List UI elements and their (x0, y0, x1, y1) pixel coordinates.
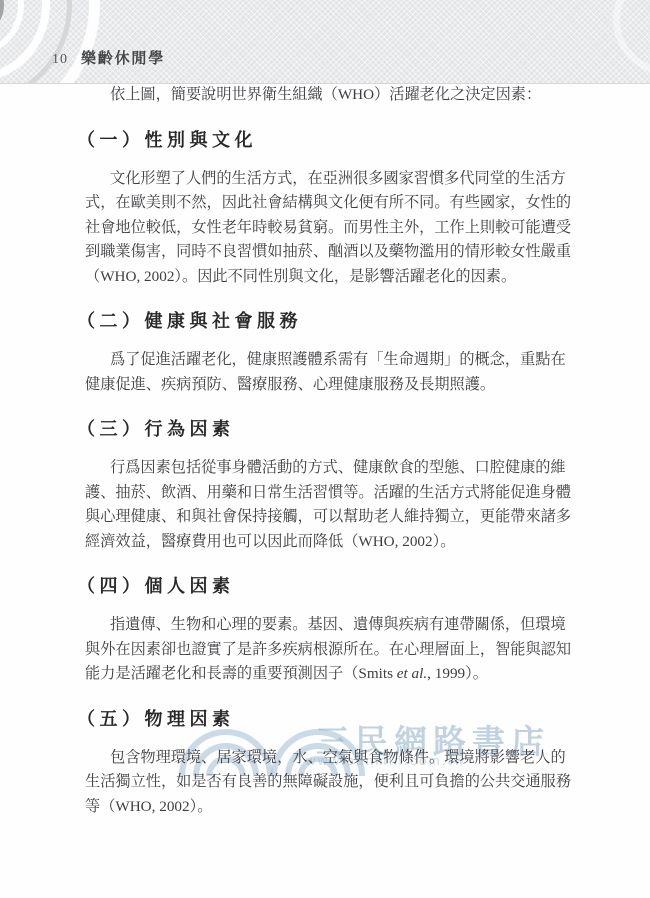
text-line: 能力是活躍老化和長壽的重要預測因子（Smits et al., 1999）。 (85, 662, 573, 687)
text-line: 與心理健康、和與社會保持接觸，可以幫助老人維持獨立，更能帶來諸多 (85, 505, 573, 530)
page-content: 依上圖，簡要說明世界衛生組織（WHO）活躍老化之決定因素： （一）性別與文化文化… (85, 83, 573, 819)
paragraph: 文化形塑了人們的生活方式，在亞洲很多國家習慣多代同堂的生活方式，在歐美則不然，因… (85, 167, 573, 290)
text-line: 健康促進、疾病預防、醫療服務、心理健康服務及長期照護。 (85, 373, 573, 398)
section-heading: （一）性別與文化 (77, 127, 573, 153)
text-line: 等（WHO, 2002）。 (85, 795, 573, 820)
paragraph: 指遺傳、生物和心理的要素。基因、遺傳與疾病有連帶關係，但環境與外在因素卻也證實了… (85, 613, 573, 687)
text-line: 到職業傷害，同時不良習慣如抽菸、酗酒以及藥物濫用的情形較女性嚴重 (85, 240, 573, 265)
section: （二）健康與社會服務爲了促進活躍老化，健康照護體系需有「生命週期」的概念，重點在… (85, 308, 573, 397)
scanned-book-page: 10樂齡休閒學 三民網路書店 www.sanmin.com.tw 依上圖，簡要說… (0, 0, 650, 898)
text-line: 生活獨立性，如是否有良善的無障礙設施，便利且可負擔的公共交通服務 (85, 770, 573, 795)
book-title: 樂齡休閒學 (81, 50, 165, 67)
section: （五）物理因素包含物理環境、居家環境，水、空氣與食物條件。環境將影響老人的生活獨… (85, 706, 573, 820)
paragraph: 包含物理環境、居家環境，水、空氣與食物條件。環境將影響老人的生活獨立性，如是否有… (85, 746, 573, 820)
text-line: 與外在因素卻也證實了是許多疾病根源所在。在心理層面上，智能與認知 (85, 638, 573, 663)
paragraph: 行爲因素包括從事身體活動的方式、健康飲食的型態、口腔健康的維護、抽菸、飲酒、用藥… (85, 456, 573, 554)
text-line: 指遺傳、生物和心理的要素。基因、遺傳與疾病有連帶關係，但環境 (85, 613, 573, 638)
section: （三）行為因素行爲因素包括從事身體活動的方式、健康飲食的型態、口腔健康的維護、抽… (85, 416, 573, 554)
header-band (0, 0, 650, 84)
text-line: 爲了促進活躍老化，健康照護體系需有「生命週期」的概念，重點在 (85, 348, 573, 373)
intro-paragraph: 依上圖，簡要說明世界衛生組織（WHO）活躍老化之決定因素： (85, 83, 573, 108)
section-heading: （四）個人因素 (77, 573, 573, 599)
text-line: （WHO, 2002）。因此不同性別與文化，是影響活躍老化的因素。 (85, 265, 573, 290)
section-heading: （五）物理因素 (77, 706, 573, 732)
text-line: 經濟效益，醫療費用也可以因此而降低（WHO, 2002）。 (85, 530, 573, 555)
paragraph: 爲了促進活躍老化，健康照護體系需有「生命週期」的概念，重點在健康促進、疾病預防、… (85, 348, 573, 397)
text-line: 社會地位較低，女性老年時較易貧窮。而男性主外，工作上則較可能遭受 (85, 216, 573, 241)
page-number: 10 (52, 52, 68, 67)
text-line: 護、抽菸、飲酒、用藥和日常生活習慣等。活躍的生活方式將能促進身體 (85, 481, 573, 506)
text-line: 包含物理環境、居家環境，水、空氣與食物條件。環境將影響老人的 (85, 746, 573, 771)
text-line: 行爲因素包括從事身體活動的方式、健康飲食的型態、口腔健康的維 (85, 456, 573, 481)
running-header: 10樂齡休閒學 (52, 50, 165, 68)
section-heading: （二）健康與社會服務 (77, 308, 573, 334)
section-heading: （三）行為因素 (77, 416, 573, 442)
text-line: 式，在歐美則不然，因此社會結構與文化便有所不同。有些國家，女性的 (85, 191, 573, 216)
decorative-arc (613, 0, 650, 75)
section: （四）個人因素指遺傳、生物和心理的要素。基因、遺傳與疾病有連帶關係，但環境與外在… (85, 573, 573, 687)
text-line: 文化形塑了人們的生活方式，在亞洲很多國家習慣多代同堂的生活方 (85, 167, 573, 192)
section: （一）性別與文化文化形塑了人們的生活方式，在亞洲很多國家習慣多代同堂的生活方式，… (85, 127, 573, 290)
sections: （一）性別與文化文化形塑了人們的生活方式，在亞洲很多國家習慣多代同堂的生活方式，… (85, 127, 573, 820)
